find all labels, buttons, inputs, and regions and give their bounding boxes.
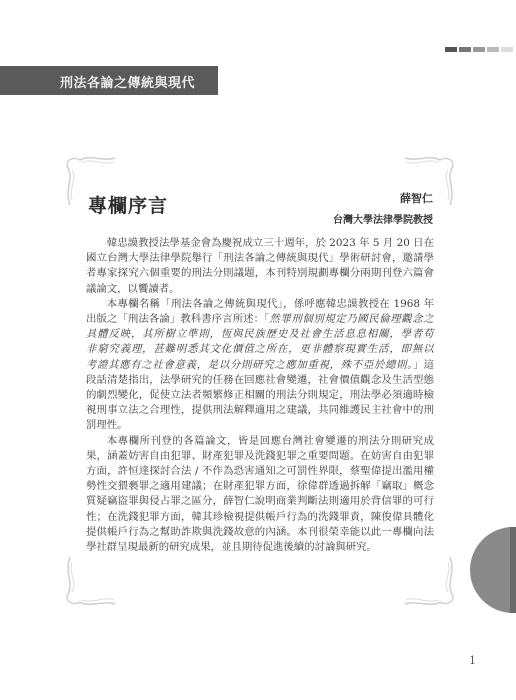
running-header-bar: 刑法各論之傳統與現代: [0, 66, 218, 95]
section-progress-indicator: [445, 47, 513, 52]
running-title: 刑法各論之傳統與現代: [60, 72, 195, 91]
paragraph: 本專欄名稱「刑法各論之傳統與現代」，係呼應韓忠謨教授在 1968 年出版之「刑法…: [86, 297, 434, 434]
progress-segment: [473, 47, 485, 52]
progress-segment: [487, 47, 499, 52]
author-block: 薛智仁 台灣大學法律學院教授: [333, 190, 433, 226]
article-body: 韓忠謨教授法學基金會為慶祝成立三十週年，於 2023 年 5 月 20 日在國立…: [86, 236, 434, 555]
paragraph: 本專欄所刊登的各篇論文，皆是回應台灣社會變遷的刑法分則研究成果，涵蓋妨害自由犯罪…: [86, 434, 434, 556]
corner-flourish-icon: [400, 552, 460, 612]
page-number: 1: [469, 654, 476, 667]
paragraph: 韓忠謨教授法學基金會為慶祝成立三十週年，於 2023 年 5 月 20 日在國立…: [86, 236, 434, 297]
section-title: 專欄序言: [88, 191, 168, 218]
thumb-tab-label: 刑法各論之 傳統與現代: [482, 539, 516, 579]
progress-segment: [501, 47, 513, 52]
chapter-thumb-tab: 刑法各論之 傳統與現代: [470, 527, 516, 613]
progress-segment: [445, 47, 457, 52]
corner-flourish-icon: [60, 552, 120, 612]
author-name: 薛智仁: [333, 190, 433, 206]
progress-segment: [459, 47, 471, 52]
author-affiliation: 台灣大學法律學院教授: [333, 211, 433, 226]
